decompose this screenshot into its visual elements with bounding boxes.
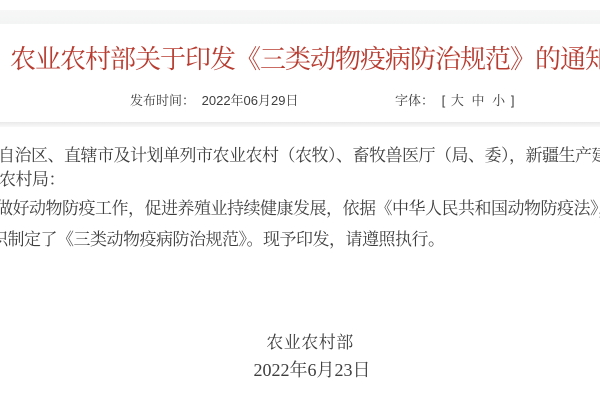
font-size-label: 字体：: [395, 93, 434, 108]
publish-time: 发布时间： 2022年06月29日: [130, 90, 298, 109]
font-options-bracket-close: ]: [511, 93, 515, 108]
font-option-large[interactable]: 大: [451, 93, 464, 108]
publish-time-label: 发布时间：: [130, 93, 195, 108]
top-gray-band: [0, 10, 600, 24]
body-line-1: 自治区、直辖市及计划单列市农业农村（农牧）、畜牧兽医厅（局、委），新疆生产建: [0, 146, 600, 166]
body-line-4: 织制定了《三类动物疫病防治规范》。现予印发，请遵照执行。: [0, 230, 445, 250]
body-line-2: 农村局：: [0, 170, 65, 190]
font-size-control: 字体： [ 大 中 小 ]: [395, 90, 514, 109]
signature: 农业农村部: [0, 328, 600, 353]
font-option-small[interactable]: 小: [492, 93, 505, 108]
page-title: 农业农村部关于印发《三类动物疫病防治规范》的通知: [10, 45, 600, 73]
body-line-3: 做好动物防疫工作，促进养殖业持续健康发展，依据《中华人民共和国动物防疫法》，: [0, 199, 600, 219]
meta-row: 发布时间： 2022年06月29日 字体： [ 大 中 小 ]: [0, 90, 600, 108]
font-options-bracket-open: [: [442, 93, 446, 108]
signature-date: 2022年6月23日: [0, 356, 600, 382]
publish-time-value: 2022年06月29日: [202, 93, 299, 108]
font-size-options: [ 大 中 小 ]: [442, 93, 515, 108]
notice-page: 农业农村部关于印发《三类动物疫病防治规范》的通知 发布时间： 2022年06月2…: [0, 0, 600, 400]
font-option-medium[interactable]: 中: [472, 93, 485, 108]
header-divider: [0, 122, 600, 127]
